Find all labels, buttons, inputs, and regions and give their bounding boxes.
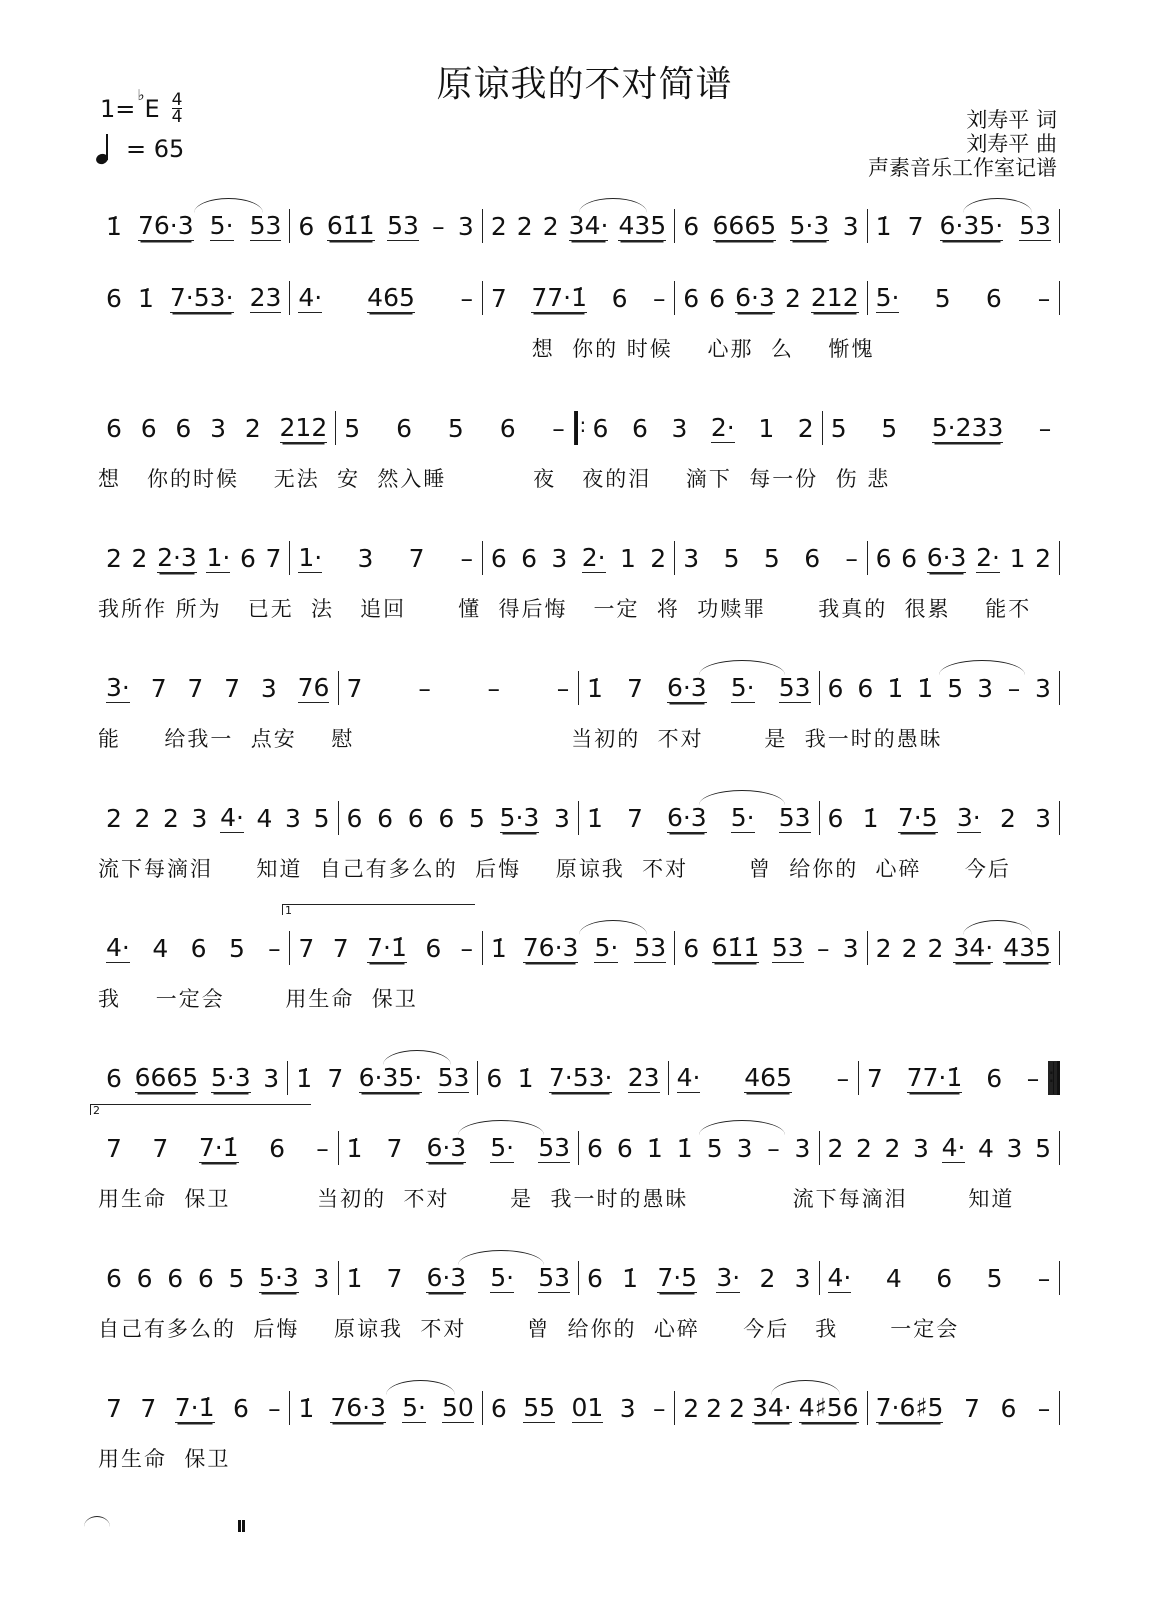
note-group: 6: [500, 414, 516, 443]
note-group: 6: [137, 1264, 153, 1293]
dash-extension: –: [767, 1134, 781, 1163]
barline: [1059, 931, 1060, 965]
note-group: 3·: [716, 1263, 740, 1293]
note-group: 7: [187, 674, 203, 703]
slur: [194, 198, 263, 213]
note-group: 6: [491, 1394, 507, 1423]
slur: [386, 1380, 455, 1395]
note-group: 3: [551, 544, 567, 573]
note-group: 6: [347, 804, 363, 833]
note-group: 1̇: [518, 1064, 534, 1093]
note-group: 5: [1035, 1134, 1051, 1163]
note-group: 6: [425, 934, 441, 963]
barline: [1059, 671, 1060, 705]
note-group: 2: [106, 544, 122, 573]
barline: [1059, 1131, 1060, 1165]
dash-extension: –: [315, 1134, 329, 1163]
notes-row: 777·1̇6–1̇76·35·50655013–22234·4♯567·6♯5…: [98, 1382, 1060, 1434]
note-group: 5·3: [500, 803, 540, 833]
note-group: 3: [737, 1134, 753, 1163]
note-group: 1̇: [298, 1394, 314, 1423]
flat-icon: ♭: [137, 86, 144, 104]
lyrics-line: 用生命 保卫: [98, 1434, 1060, 1482]
note-group: 7: [151, 674, 167, 703]
note-group: 7·5: [898, 803, 938, 833]
note-group: 7: [106, 1134, 122, 1163]
note-group: 6: [106, 1064, 122, 1093]
note-group: 1̇: [887, 674, 903, 703]
note-group: 5: [707, 1134, 723, 1163]
end-barline: [238, 1520, 241, 1532]
note-group: 6: [298, 212, 314, 241]
note-group: 3: [261, 674, 277, 703]
note-group: 6: [804, 544, 820, 573]
note-group: 6: [876, 544, 892, 573]
note-group: 5: [228, 1264, 244, 1293]
note-group: 2: [135, 804, 151, 833]
score-system: 3·7773767–––1̇76·35·53661̇1̇53–3能 给我一 点安…: [98, 662, 1060, 762]
measure: 1̇76·35·53: [98, 200, 289, 252]
score-system: 777·1̇6–1̇76·35·50655013–22234·4♯567·6♯5…: [98, 1382, 1060, 1482]
note-group: 465: [367, 283, 415, 313]
note-group: 34·: [953, 933, 993, 963]
note-group: 6: [438, 804, 454, 833]
note-group: 6: [167, 1264, 183, 1293]
note-group: 5: [935, 284, 951, 313]
lyrics-line: 能 给我一 点安 慰 当初的 不对 是 我一时的愚昧: [98, 714, 1060, 762]
note-group: 2: [683, 1394, 699, 1423]
note-group: 6·3: [667, 673, 707, 703]
note-group: 6: [612, 284, 628, 313]
barline: [1059, 541, 1060, 575]
lyrics-line: 想 你的 时候 心那 么 惭愧: [98, 324, 1060, 372]
note-group: 6: [240, 544, 256, 573]
note-group: 2: [798, 414, 814, 443]
credits: 刘寿平 词 刘寿平 曲 声素音乐工作室记谱: [868, 108, 1057, 180]
note-group: 1̇: [347, 1264, 363, 1293]
dash-extension: –: [460, 934, 474, 963]
lyrics-line: 想 你的时候 无法 安 然入睡 夜 夜的泪 滴下 每一份 伤 悲: [98, 454, 1060, 502]
note-group: 7: [140, 1394, 156, 1423]
note-group: 4·: [942, 1133, 966, 1163]
measure: 777·1̇6–: [859, 1052, 1048, 1104]
note-group: 4: [886, 1264, 902, 1293]
note-group: 6·3: [735, 283, 775, 313]
score-system: 666655·331̇76·35·5361̇7·53·234·465–自己有多么…: [98, 1252, 1060, 1352]
note-group: 2·3: [157, 543, 197, 573]
note-group: 6: [901, 544, 917, 573]
note-group: 5·: [594, 933, 618, 963]
note-group: 7·1̇: [367, 933, 407, 963]
measure: 1·37–: [290, 532, 481, 584]
note-group: 7: [409, 544, 425, 573]
note-group: 3: [795, 1134, 811, 1163]
note-group: 5·3: [211, 1063, 251, 1093]
note-group: 2: [1035, 544, 1051, 573]
slur: [383, 1050, 451, 1065]
note-group: 3: [1007, 1134, 1023, 1163]
note-group: 212: [811, 283, 859, 313]
note-group: 2: [106, 804, 122, 833]
note-group: 435: [618, 211, 666, 241]
note-group: 53: [779, 803, 811, 833]
note-group: 2: [876, 934, 892, 963]
note-group: 53: [538, 1133, 570, 1163]
note-group: 1: [1010, 544, 1026, 573]
score-system: 777·1̇6–1̇76·35·53661̇1̇53–322234·435用生命…: [98, 1122, 1060, 1222]
barline: [1059, 209, 1060, 243]
note-group: 6: [828, 674, 844, 703]
note-group: 2: [706, 1394, 722, 1423]
note-group: 5·: [731, 803, 755, 833]
note-group: 6: [683, 934, 699, 963]
note-group: 34·: [752, 1393, 792, 1423]
note-group: 2: [856, 1134, 872, 1163]
notes-row: 4·465–777·1̇6–1̇76·35·53661̇1̇53–322234·…: [98, 922, 1060, 974]
measure: 777·1̇6–: [98, 1382, 289, 1434]
measure: 4·465–: [290, 272, 481, 324]
note-group: 1: [758, 414, 774, 443]
note-group: 3: [285, 804, 301, 833]
note-group: 7·5: [657, 1263, 697, 1293]
score-system: 61̇7·53·234·465–777·1̇6–666·322125·56– 想…: [98, 272, 1060, 372]
note-group: 2: [650, 544, 666, 573]
note-group: 3: [458, 212, 474, 241]
note-group: 2: [1000, 804, 1016, 833]
note-group: 1·: [298, 543, 322, 573]
measure: 22234·435: [868, 922, 1059, 974]
note-group: 5·: [490, 1133, 514, 1163]
slur: [458, 1250, 544, 1265]
note-group: 4: [152, 934, 168, 963]
volta-bracket-2: 2: [90, 1104, 311, 1115]
barline: [1059, 1391, 1060, 1425]
note-group: 1̇: [491, 934, 507, 963]
dash-extension: –: [487, 674, 501, 703]
barline: [1059, 801, 1060, 835]
notes-row: 3·7773767–––1̇76·35·53661̇1̇53–3: [98, 662, 1060, 714]
key-note: E: [144, 95, 159, 123]
measure: 22234·435: [820, 1122, 1060, 1174]
composer-credit: 刘寿平 曲: [868, 132, 1057, 156]
note-group: 2: [928, 934, 944, 963]
barline: [1059, 1261, 1060, 1295]
note-group: 77·1̇: [907, 1063, 963, 1093]
note-group: 6: [986, 1064, 1002, 1093]
barline: [1059, 281, 1060, 315]
note-group: 2: [759, 1264, 775, 1293]
note-group: 3·: [957, 803, 981, 833]
measure: 3556–: [675, 532, 866, 584]
note-group: 7: [386, 1134, 402, 1163]
note-group: 3: [683, 544, 699, 573]
note-group: 6: [593, 414, 609, 443]
note-group: 1: [620, 544, 636, 573]
volta-bracket-1: 1: [282, 904, 475, 915]
note-group: 4♯56: [799, 1393, 859, 1423]
slur: [963, 198, 1032, 213]
note-group: 3: [358, 544, 374, 573]
note-group: 7: [867, 1064, 883, 1093]
note-group: 3: [263, 1064, 279, 1093]
note-group: 6: [587, 1264, 603, 1293]
measure: 1̇76·35·53: [339, 1122, 579, 1174]
note-group: 6: [936, 1264, 952, 1293]
note-group: 2: [132, 544, 148, 573]
note-group: 5: [344, 414, 360, 443]
note-group: 7: [298, 934, 314, 963]
slur: [963, 920, 1032, 935]
measure: 61̇7·53·23: [579, 1252, 819, 1304]
note-group: 5: [881, 414, 897, 443]
note-group: 4: [257, 804, 273, 833]
measure: 61̇7·53·23: [98, 272, 289, 324]
dash-extension: –: [418, 674, 432, 703]
measure: 661̇1̇53–3: [290, 200, 481, 252]
note-group: 3: [554, 804, 570, 833]
note-group: 6: [828, 804, 844, 833]
time-bottom: 4: [172, 109, 183, 125]
dash-extension: –: [652, 284, 666, 313]
lyrics-line: 流下每滴泪 知道 自己有多么的 后悔 原谅我 不对 曾 给你的 心碎 今后: [98, 844, 1060, 892]
note-group: 6·3: [667, 803, 707, 833]
note-group: 6: [1001, 1394, 1017, 1423]
note-group: 5·: [731, 673, 755, 703]
note-group: 7: [964, 1394, 980, 1423]
note-group: 3: [977, 674, 993, 703]
note-group: 5: [764, 544, 780, 573]
measure: 661̇1̇53–3: [820, 662, 1060, 714]
dash-extension: –: [1037, 284, 1051, 313]
note-group: 3: [843, 212, 859, 241]
note-group: 01: [572, 1393, 604, 1423]
note-group: 6·3: [927, 543, 967, 573]
note-group: 53: [438, 1063, 470, 1093]
measure: 666655·33: [339, 792, 579, 844]
note-group: 4·: [828, 1263, 852, 1293]
measure: 777·1̇6–: [290, 922, 481, 974]
measure: 1̇76·35·53: [579, 662, 819, 714]
measure: 655013–: [483, 1382, 674, 1434]
measure: 1̇76·35·53: [288, 1052, 477, 1104]
note-group: 212: [280, 413, 328, 443]
measure: 666·32·12: [868, 532, 1059, 584]
slur: [579, 920, 648, 935]
slur: [699, 790, 785, 805]
key-prefix: 1=: [100, 95, 135, 123]
note-group: 7: [106, 1394, 122, 1423]
note-group: 7: [627, 674, 643, 703]
notes-row: 666655·331̇76·35·5361̇7·53·234·465–777·1…: [98, 1052, 1060, 1104]
note-group: 55: [523, 1393, 555, 1423]
note-group: 6: [198, 1264, 214, 1293]
measure: 1̇76·35·53: [483, 922, 674, 974]
note-group: 6: [617, 1134, 633, 1163]
measure: 5·56–: [868, 272, 1059, 324]
note-group: 5·3: [259, 1263, 299, 1293]
note-group: 53: [250, 211, 282, 241]
note-group: 7: [491, 284, 507, 313]
note-group: 7: [265, 544, 281, 573]
note-group: 53: [772, 933, 804, 963]
note-group: 2: [245, 414, 261, 443]
note-group: 6: [175, 414, 191, 443]
note-group: 5·: [490, 1263, 514, 1293]
note-group: 3: [913, 1134, 929, 1163]
note-group: 5: [469, 804, 485, 833]
note-group: 76·3: [138, 211, 194, 241]
note-group: 1̇: [917, 674, 933, 703]
note-group: 3: [1035, 804, 1051, 833]
note-group: 4: [978, 1134, 994, 1163]
note-group: 7·53·: [170, 283, 234, 313]
note-group: 6·3: [426, 1263, 466, 1293]
note-group: 2: [163, 804, 179, 833]
note-group: 6: [857, 674, 873, 703]
note-group: 6: [269, 1134, 285, 1163]
note-group: 5·233: [932, 413, 1004, 443]
dash-extension: –: [431, 212, 445, 241]
note-group: 5·: [402, 1393, 426, 1423]
note-group: 5: [448, 414, 464, 443]
note-group: 7·1̇: [199, 1133, 239, 1163]
note-group: 6: [106, 414, 122, 443]
dash-extension: –: [1037, 1264, 1051, 1293]
score-system: 222·31·671·37–6632·123556–666·32·12我所作 所…: [98, 532, 1060, 632]
slur: [579, 198, 648, 213]
note-group: 77·1̇: [531, 283, 587, 313]
note-group: 2: [885, 1134, 901, 1163]
notes-row: 777·1̇6–1̇76·35·53661̇1̇53–322234·435: [98, 1122, 1060, 1174]
measure: 4·465–: [820, 1252, 1060, 1304]
measure: 555·233–: [823, 402, 1060, 454]
measure: 661̇1̇53–3: [579, 1122, 819, 1174]
note-group: 2·: [711, 413, 735, 443]
note-group: 3: [1035, 674, 1051, 703]
note-group: 5: [314, 804, 330, 833]
note-group: 1̇: [647, 1134, 663, 1163]
note-group: 3: [314, 1264, 330, 1293]
note-group: 3: [795, 1264, 811, 1293]
note-group: 1̇: [587, 804, 603, 833]
note-group: 23: [250, 283, 282, 313]
note-group: 7: [333, 934, 349, 963]
note-group: 5: [987, 1264, 1003, 1293]
note-group: 5: [831, 414, 847, 443]
note-group: 2: [491, 212, 507, 241]
note-group: 2: [543, 212, 559, 241]
note-group: 6: [683, 212, 699, 241]
slur: [458, 1120, 544, 1135]
note-group: 4·: [677, 1063, 701, 1093]
repeat-end-barline: [1048, 1061, 1060, 1095]
measure: 22234·435: [483, 200, 674, 252]
dash-extension: –: [1038, 414, 1052, 443]
note-group: 34·: [569, 211, 609, 241]
dash-extension: –: [552, 414, 566, 443]
dash-extension: –: [1026, 1064, 1040, 1093]
dash-extension: –: [816, 934, 830, 963]
note-group: 6: [141, 414, 157, 443]
measure: 1̇76·35·50: [290, 1382, 481, 1434]
dash-extension: –: [836, 1064, 850, 1093]
lyrics-line: 我所作 所为 已无 法 追回 懂 得后悔 一定 将 功赎罪 我真的 很累 能不: [98, 584, 1060, 632]
measure: 61̇7·53·23: [820, 792, 1060, 844]
lyricist-credit: 刘寿平 词: [868, 108, 1057, 132]
dash-extension: –: [267, 934, 281, 963]
dash-extension: –: [1037, 1394, 1051, 1423]
dash-extension: –: [267, 1394, 281, 1423]
transcriber-credit: 声素音乐工作室记谱: [868, 156, 1057, 180]
note-group: 6: [683, 284, 699, 313]
notes-row: 61̇7·53·234·465–777·1̇6–666·322125·56–: [98, 272, 1060, 324]
measure: 3·777376: [98, 662, 338, 714]
tempo-marking: = 65: [96, 134, 184, 164]
note-group: 1̇: [138, 284, 154, 313]
note-group: 6: [486, 1064, 502, 1093]
measure: 66632212: [98, 402, 335, 454]
note-group: 1̇: [106, 212, 122, 241]
note-group: 5·3: [790, 211, 830, 241]
note-group: 6: [521, 544, 537, 573]
note-group: 7: [627, 804, 643, 833]
measure: 7–––: [339, 662, 579, 714]
note-group: 53: [387, 211, 419, 241]
note-group: 6665: [135, 1063, 199, 1093]
dash-extension: –: [1007, 674, 1021, 703]
note-group: 4·: [220, 803, 244, 833]
note-group: 76·3: [523, 933, 579, 963]
note-group: 5: [229, 934, 245, 963]
note-group: 6: [408, 804, 424, 833]
measure: 4·465–: [98, 922, 289, 974]
lyrics-line: 我 一定会 用生命 保卫: [98, 974, 1060, 1022]
note-group: 6·35·: [940, 211, 1004, 241]
slur: [771, 1380, 840, 1395]
time-signature: 4 4: [172, 92, 183, 125]
score-system: 666322125656–6632·12555·233–想 你的时候 无法 安 …: [98, 402, 1060, 502]
measure: 5656–: [336, 402, 573, 454]
note-group: 53: [779, 673, 811, 703]
note-group: 50: [442, 1393, 474, 1423]
note-group: 3: [843, 934, 859, 963]
note-group: 7·53·: [549, 1063, 613, 1093]
measure: 1̇76·35·53: [868, 200, 1059, 252]
note-group: 3: [192, 804, 208, 833]
measure: 666655·33: [98, 1052, 287, 1104]
note-group: 2·: [582, 543, 606, 573]
dash-extension: –: [460, 284, 474, 313]
note-group: 6: [491, 544, 507, 573]
note-group: 5: [947, 674, 963, 703]
measure: 6632·12: [585, 402, 822, 454]
measure: 22234·435: [98, 792, 338, 844]
note-group: 3: [671, 414, 687, 443]
note-group: 1̇: [876, 212, 892, 241]
measure: 661̇1̇53–3: [675, 922, 866, 974]
note-group: 4·: [106, 933, 130, 963]
note-group: 3: [620, 1394, 636, 1423]
note-group: 6: [233, 1394, 249, 1423]
note-group: 61̇1̇: [712, 933, 760, 963]
notes-row: 22234·435666655·331̇76·35·5361̇7·53·23: [98, 792, 1060, 844]
note-group: 5: [724, 544, 740, 573]
measure: 1̇76·35·53: [339, 1252, 579, 1304]
note-group: 53: [1019, 211, 1051, 241]
note-group: 1̇: [622, 1264, 638, 1293]
measure: 666·32212: [675, 272, 866, 324]
note-group: 435: [1003, 933, 1051, 963]
